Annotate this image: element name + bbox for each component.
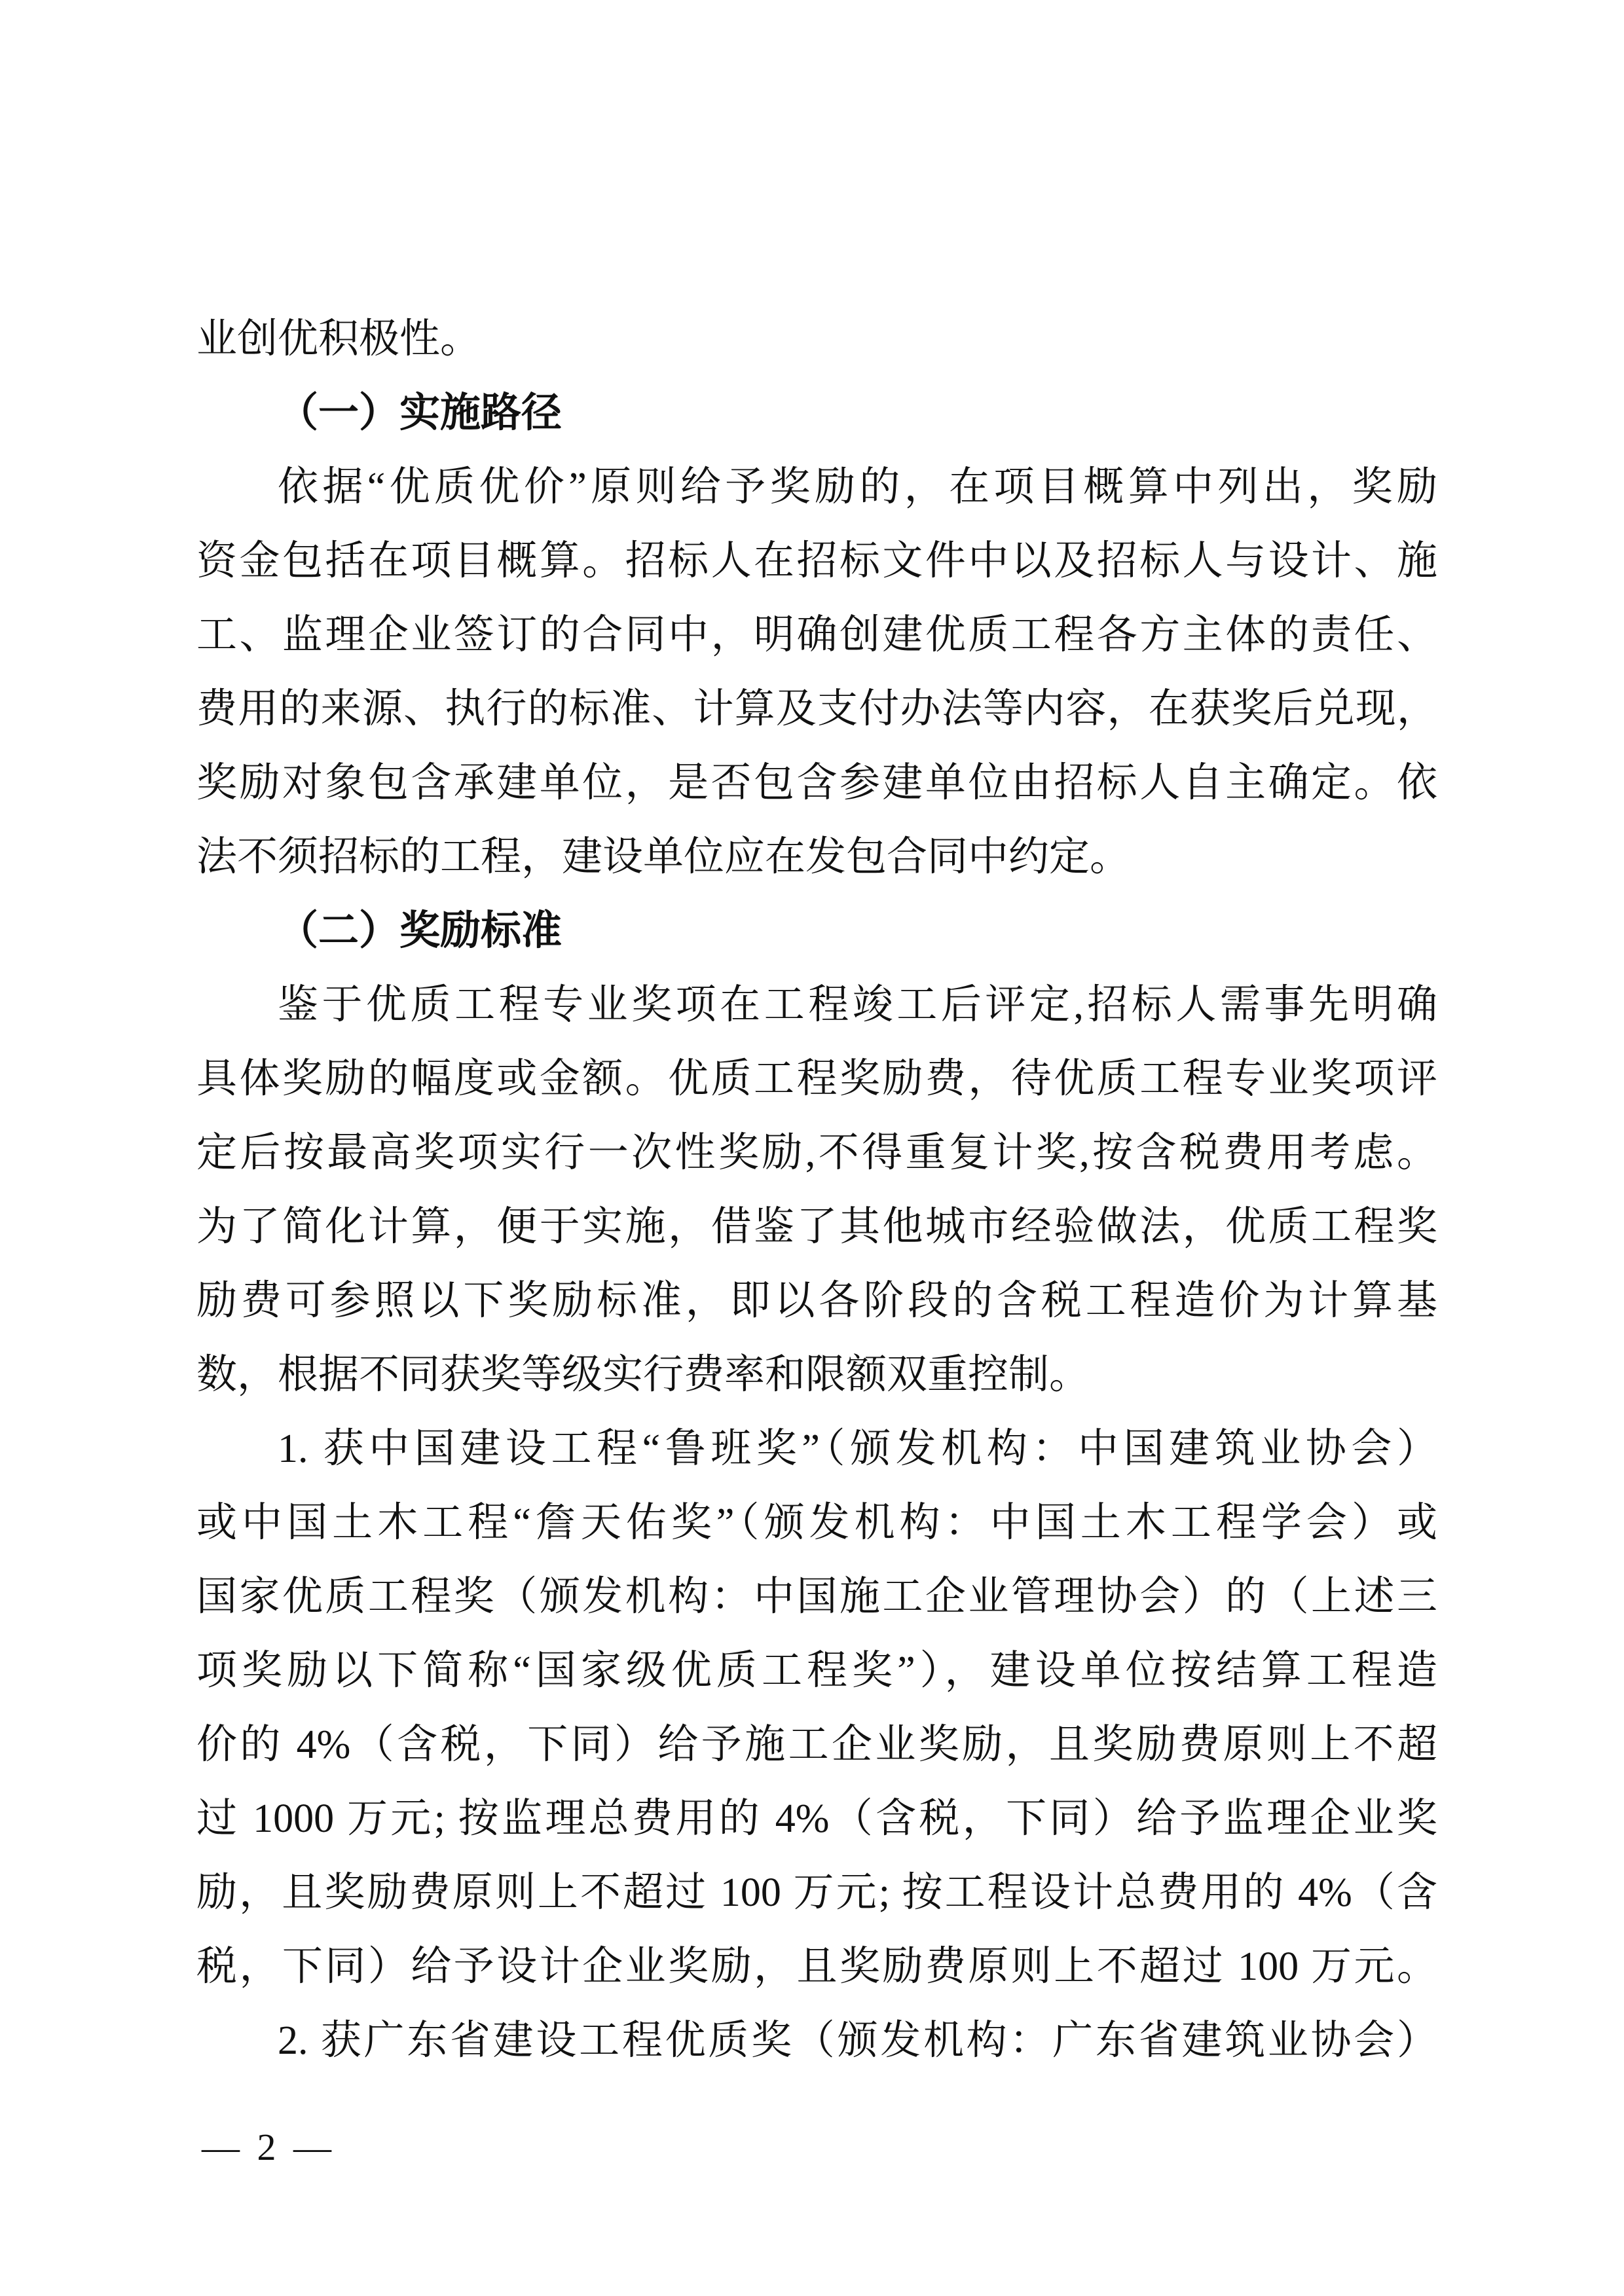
body-line: 国家优质工程奖（颁发机构：中国施工企业管理协会）的（上述三	[196, 1560, 1437, 1634]
body-line: 费用的来源、执行的标准、计算及支付办法等内容，在获奖后兑现，	[196, 672, 1437, 746]
body-line: 为了简化计算，便于实施，借鉴了其他城市经验做法，优质工程奖	[196, 1190, 1437, 1264]
section-heading-1: （一）实施路径	[196, 376, 1437, 450]
document-body: 业创优积极性。 （一）实施路径 依据“优质优价”原则给予奖励的，在项目概算中列出…	[196, 302, 1437, 2078]
body-line: 法不须招标的工程，建设单位应在发包合同中约定。	[196, 820, 1437, 894]
list-item-1-line: 1. 获中国建设工程“鲁班奖”（颁发机构：中国建筑业协会）	[196, 1412, 1437, 1486]
section-heading-2: （二）奖励标准	[196, 894, 1437, 968]
body-line: 数，根据不同获奖等级实行费率和限额双重控制。	[196, 1338, 1437, 1412]
body-line: 具体奖励的幅度或金额。优质工程奖励费，待优质工程专业奖项评	[196, 1042, 1437, 1116]
body-line: 励费可参照以下奖励标准，即以各阶段的含税工程造价为计算基	[196, 1264, 1437, 1338]
body-line: 励，且奖励费原则上不超过 100 万元; 按工程设计总费用的 4%（含	[196, 1856, 1437, 1930]
body-line: 鉴于优质工程专业奖项在工程竣工后评定,招标人需事先明确	[196, 968, 1437, 1042]
body-line: 税，下同）给予设计企业奖励，且奖励费原则上不超过 100 万元。	[196, 1930, 1437, 2004]
body-line: 过 1000 万元; 按监理总费用的 4%（含税，下同）给予监理企业奖	[196, 1782, 1437, 1856]
body-line: 奖励对象包含承建单位，是否包含参建单位由招标人自主确定。依	[196, 746, 1437, 820]
body-line: 依据“优质优价”原则给予奖励的，在项目概算中列出，奖励	[196, 450, 1437, 524]
document-page: 业创优积极性。 （一）实施路径 依据“优质优价”原则给予奖励的，在项目概算中列出…	[0, 0, 1624, 2296]
body-line: 项奖励以下简称“国家级优质工程奖”），建设单位按结算工程造	[196, 1634, 1437, 1708]
list-item-2-line: 2. 获广东省建设工程优质奖（颁发机构：广东省建筑业协会）	[196, 2004, 1437, 2078]
body-line: 或中国土木工程“詹天佑奖”（颁发机构：中国土木工程学会）或	[196, 1486, 1437, 1560]
body-line: 资金包括在项目概算。招标人在招标文件中以及招标人与设计、施	[196, 524, 1437, 598]
body-line: 工、监理企业签订的合同中，明确创建优质工程各方主体的责任、	[196, 598, 1437, 672]
body-line: 业创优积极性。	[196, 302, 1437, 376]
body-line: 定后按最高奖项实行一次性奖励,不得重复计奖,按含税费用考虑。	[196, 1116, 1437, 1190]
body-line: 价的 4%（含税，下同）给予施工企业奖励，且奖励费原则上不超	[196, 1708, 1437, 1782]
page-number: — 2 —	[202, 2121, 335, 2174]
